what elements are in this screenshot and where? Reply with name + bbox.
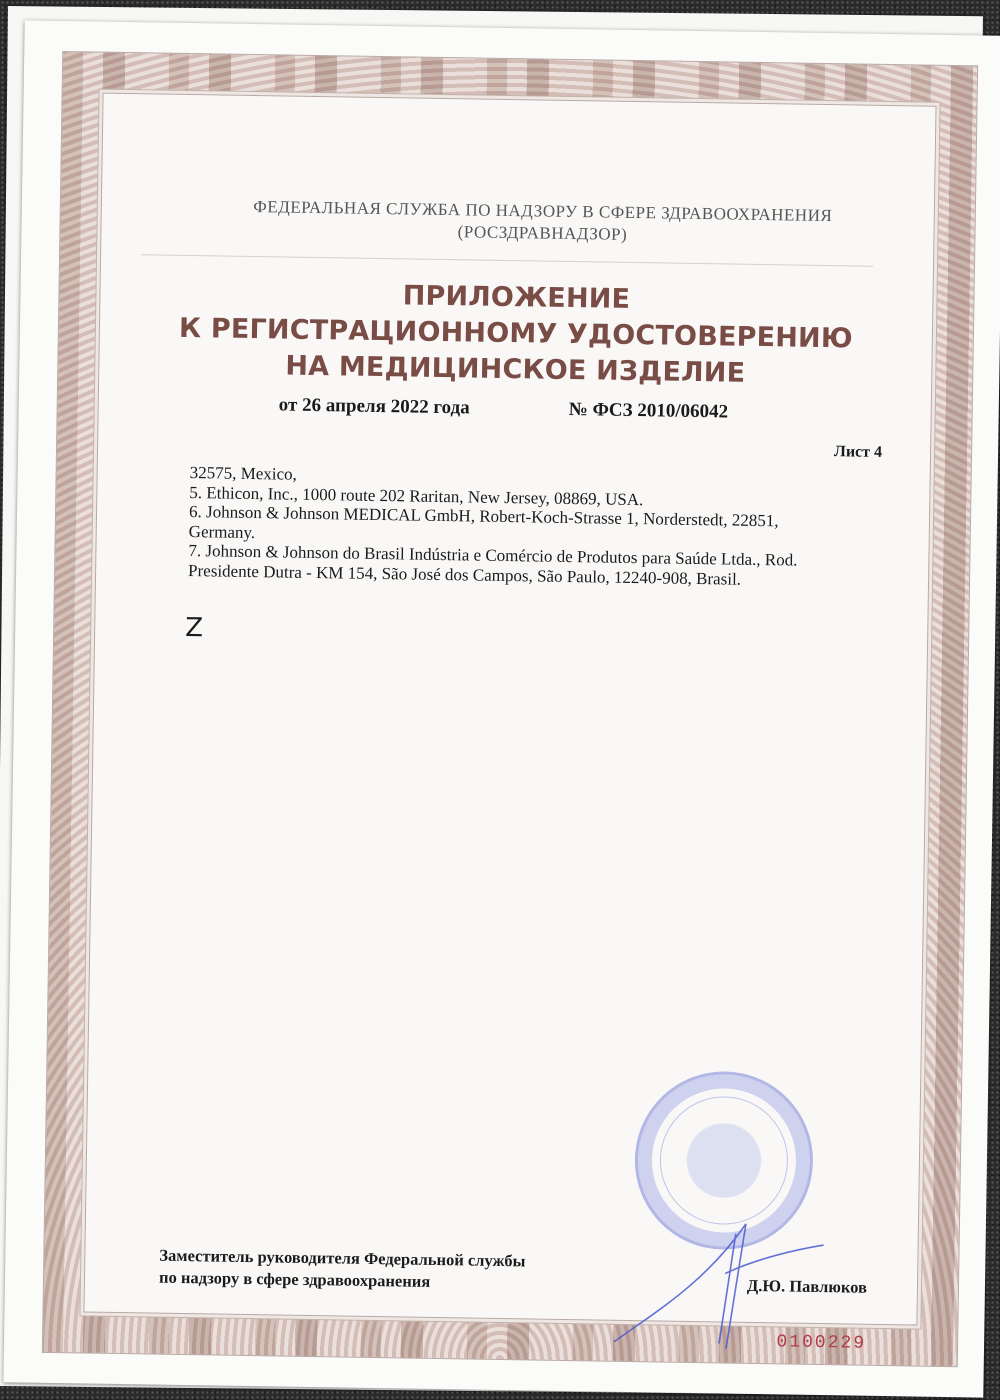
certificate-sheet: ФЕДЕРАЛЬНАЯ СЛУЖБА ПО НАДЗОРУ В СФЕРЕ ЗД… xyxy=(3,20,1000,1397)
signatory-position: Заместитель руководителя Федеральной слу… xyxy=(159,1245,526,1295)
sheet-number: Лист 4 xyxy=(834,443,882,462)
handwritten-z-mark: Z xyxy=(185,613,203,643)
header-divider xyxy=(141,254,873,266)
serial-number: 0100229 xyxy=(776,1332,866,1353)
document-title: ПРИЛОЖЕНИЕ К РЕГИСТРАЦИОННОМУ УДОСТОВЕРЕ… xyxy=(139,274,893,394)
registration-number: № ФСЗ 2010/06042 xyxy=(569,399,729,424)
agency-header: ФЕДЕРАЛЬНАЯ СЛУЖБА ПО НАДЗОРУ В СФЕРЕ ЗД… xyxy=(191,195,894,250)
issue-date: от 26 апреля 2022 года xyxy=(279,394,470,419)
manufacturer-list: 32575, Mexico, 5. Ethicon, Inc., 1000 ro… xyxy=(188,463,884,591)
ornamental-border: ФЕДЕРАЛЬНАЯ СЛУЖБА ПО НАДЗОРУ В СФЕРЕ ЗД… xyxy=(42,51,978,1367)
content-area: ФЕДЕРАЛЬНАЯ СЛУЖБА ПО НАДЗОРУ В СФЕРЕ ЗД… xyxy=(83,93,936,1326)
signatory-name: Д.Ю. Павлюков xyxy=(747,1276,867,1298)
